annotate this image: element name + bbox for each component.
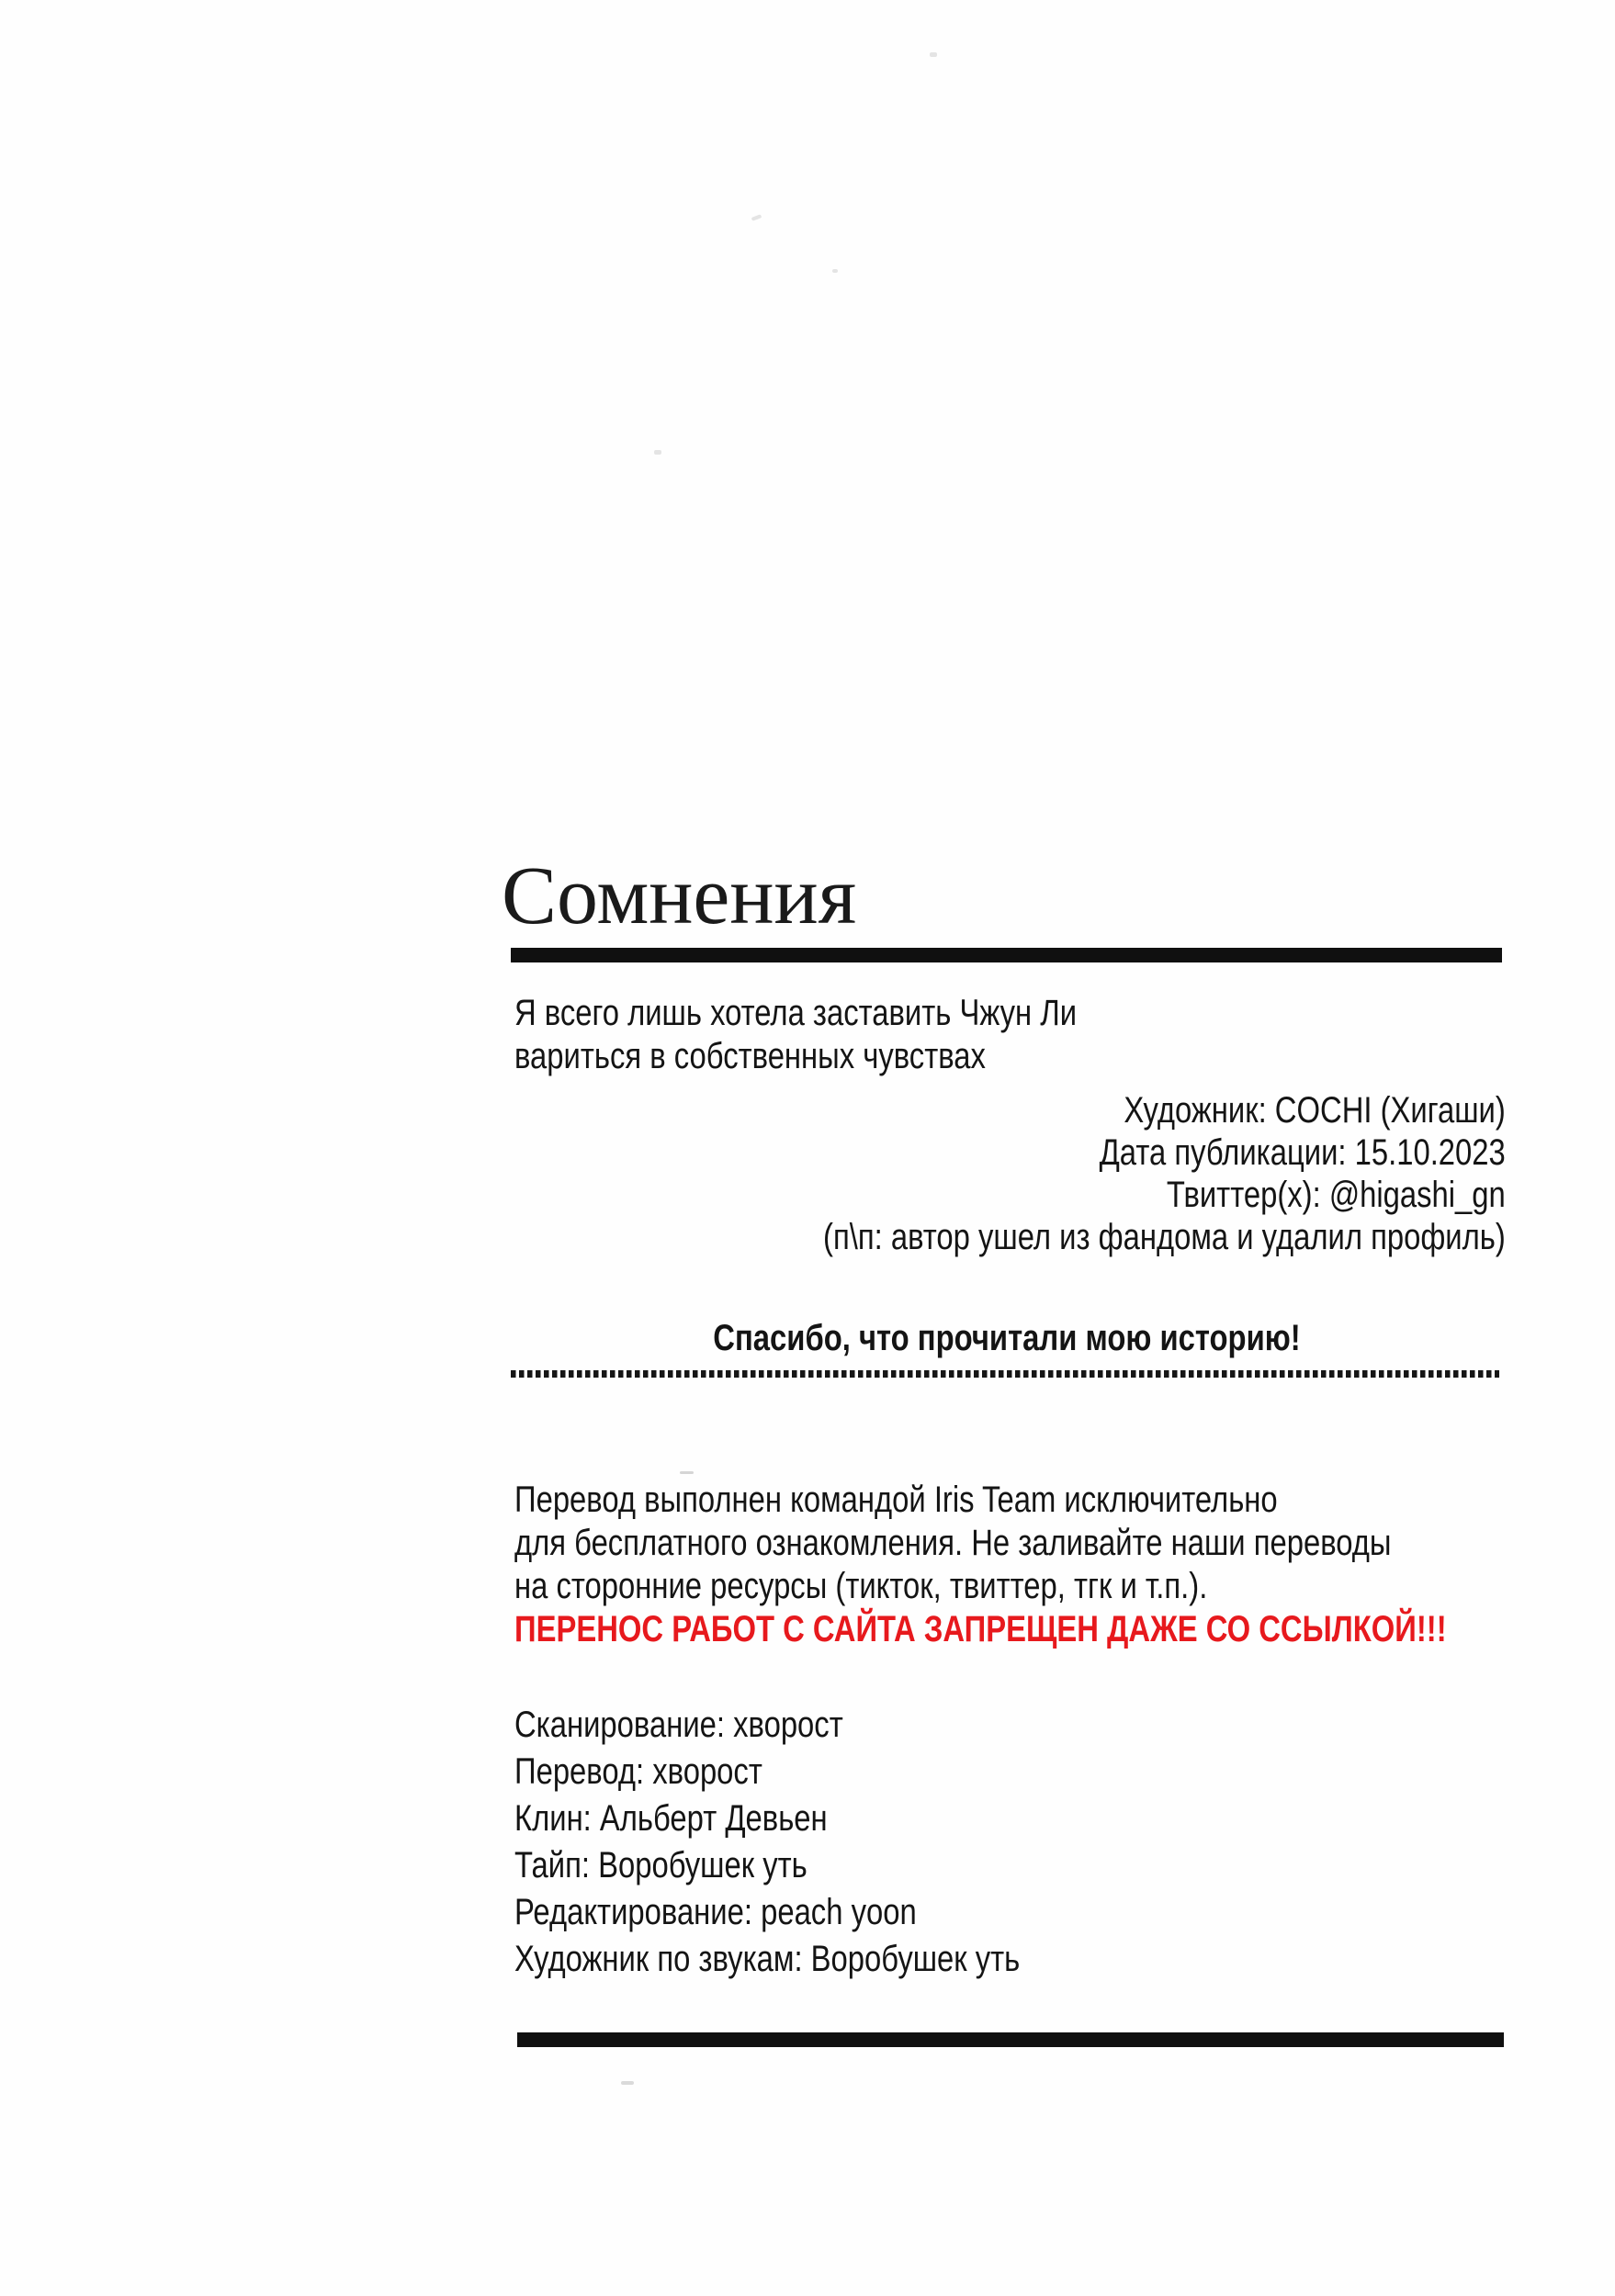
credits-list: Сканирование: хворост Перевод: хворост К…: [514, 1702, 1020, 1983]
publish-date-line: Дата публикации: 15.10.2023: [823, 1131, 1506, 1174]
scan-artifact: [832, 269, 838, 273]
scan-artifact: [654, 450, 661, 455]
credit-line-typeset: Тайп: Воробушек уть: [514, 1842, 1020, 1889]
intro-line: Я всего лишь хотела заставить Чжун Ли: [514, 992, 1077, 1035]
title-underline-rule: [511, 948, 1502, 962]
translator-note-line: (п\п: автор ушел из фандома и удалил про…: [823, 1216, 1506, 1258]
credit-line-editing: Редактирование: peach yoon: [514, 1889, 1020, 1936]
credit-line-clean: Клин: Альберт Девьен: [514, 1795, 1020, 1842]
no-repost-warning: ПЕРЕНОС РАБОТ С САЙТА ЗАПРЕЩЕН ДАЖЕ СО С…: [514, 1608, 1447, 1651]
scan-artifact: [930, 52, 937, 57]
artist-info: Художник: COCHI (Хигаши) Дата публикации…: [823, 1089, 1506, 1258]
credit-line-sfx: Художник по звукам: Воробушек уть: [514, 1936, 1020, 1983]
intro-text: Я всего лишь хотела заставить Чжун Ли ва…: [514, 992, 1077, 1078]
scan-artifact: [680, 1471, 694, 1474]
disclaimer-text: Перевод выполнен командой Iris Team искл…: [514, 1479, 1447, 1651]
footer-rule: [517, 2032, 1504, 2047]
dotted-separator: [511, 1370, 1499, 1378]
thanks-message: Спасибо, что прочитали мою историю!: [600, 1317, 1414, 1359]
disclaimer-line: на сторонние ресурсы (тикток, твиттер, т…: [514, 1565, 1447, 1608]
page-title: Сомнения: [502, 855, 856, 938]
disclaimer-line: Перевод выполнен командой Iris Team искл…: [514, 1479, 1447, 1522]
scan-artifact: [751, 214, 762, 221]
credit-line-translation: Перевод: хворост: [514, 1749, 1020, 1795]
disclaimer-line: для бесплатного ознакомления. Не заливай…: [514, 1522, 1447, 1565]
twitter-handle-line: Твиттер(x): @higashi_gn: [823, 1174, 1506, 1216]
credit-line-scan: Сканирование: хворост: [514, 1702, 1020, 1749]
intro-line: вариться в собственных чувствах: [514, 1035, 1077, 1078]
scanned-page: Сомнения Я всего лишь хотела заставить Ч…: [0, 0, 1615, 2296]
artist-line: Художник: COCHI (Хигаши): [823, 1089, 1506, 1131]
scan-artifact: [621, 2081, 634, 2085]
